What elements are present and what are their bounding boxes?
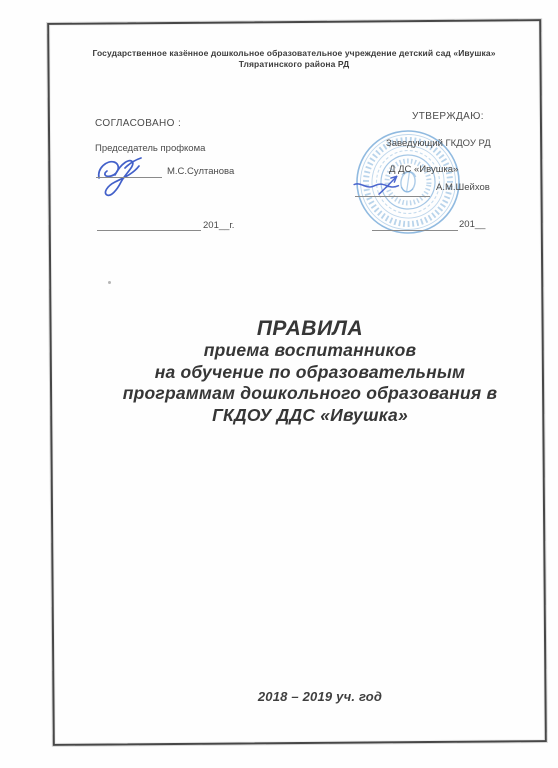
title-line-1: ПРАВИЛА bbox=[59, 317, 558, 340]
agreed-label: СОГЛАСОВАНО : bbox=[95, 118, 181, 129]
title-line-2: приема воспитанников bbox=[59, 340, 558, 362]
title-line-3: на обучение по образовательным bbox=[59, 362, 558, 384]
scanned-document-page: Государственное казённое дошкольное обра… bbox=[0, 0, 558, 768]
approved-date-blank: 201__ bbox=[459, 219, 485, 230]
approved-label: УТВЕРЖДАЮ: bbox=[412, 111, 484, 122]
signature-line bbox=[355, 196, 430, 197]
header-line-1: Государственное казённое дошкольное обра… bbox=[64, 48, 524, 59]
school-year: 2018 – 2019 уч. год bbox=[70, 689, 558, 704]
date-blank-line bbox=[372, 230, 458, 231]
agreed-signer-name: М.С.Султанова bbox=[167, 166, 234, 177]
date-blank-line bbox=[97, 230, 201, 231]
document-header: Государственное казённое дошкольное обра… bbox=[64, 48, 524, 69]
document-title-block: ПРАВИЛА приема воспитанников на обучение… bbox=[59, 317, 558, 426]
header-line-2: Тляратинского района РД bbox=[64, 59, 524, 70]
title-line-5: ГКДОУ ДДС «Ивушка» bbox=[59, 405, 558, 427]
approved-signer-name: А.М.Шейхов bbox=[436, 182, 490, 193]
signature-line bbox=[96, 177, 162, 178]
approved-role-line-2: Д ДС «Ивушка» bbox=[389, 164, 458, 175]
title-line-4: программам дошкольного образования в bbox=[59, 383, 558, 405]
agreed-date-blank: 201__г. bbox=[203, 220, 234, 231]
scan-artifact-dot bbox=[108, 281, 111, 284]
approved-role-line-1: Заведующий ГКДОУ РД bbox=[386, 138, 491, 149]
